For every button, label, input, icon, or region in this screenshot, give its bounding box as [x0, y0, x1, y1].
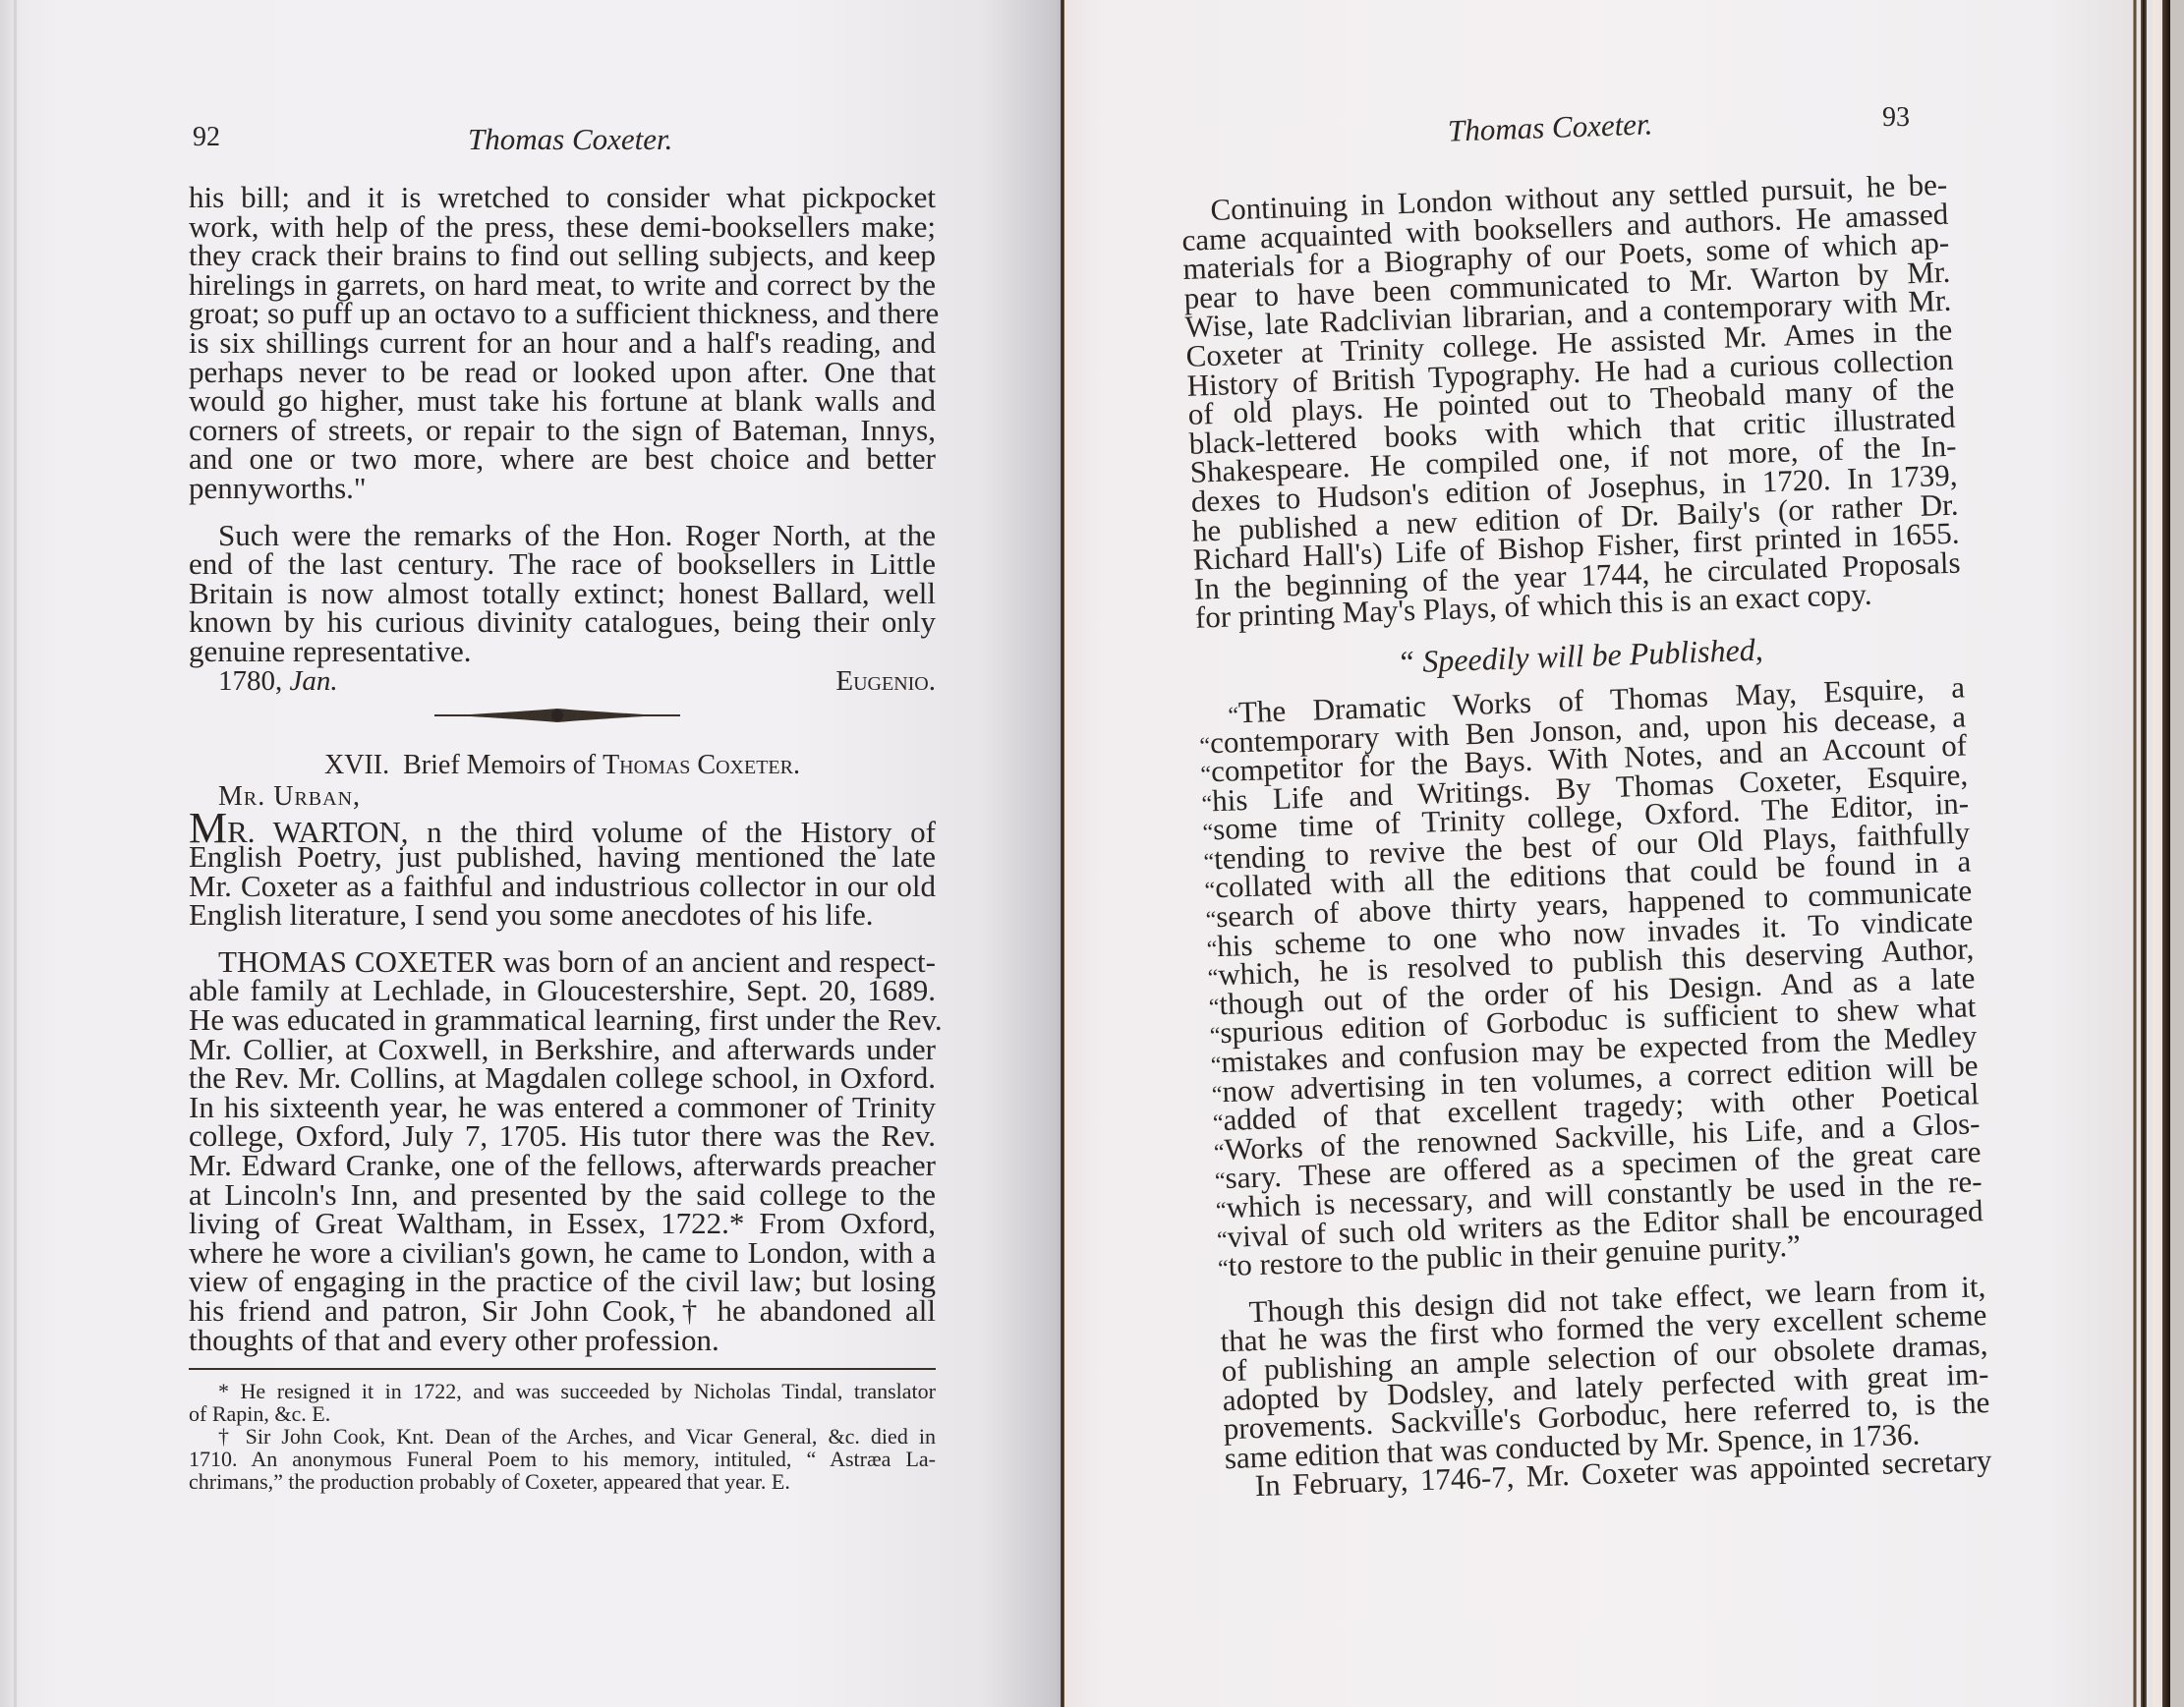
text-line: English literature, I send you some anec…: [189, 900, 936, 930]
text-line: his friend and patron, Sir John Cook,† h…: [189, 1296, 936, 1326]
page-number-right: 93: [1882, 102, 1910, 134]
footnote-line: of Rapin, &c. E.: [189, 1402, 936, 1425]
text-line: work, with help of the press, these demi…: [189, 212, 936, 242]
signature-date: 1780, Jan.: [189, 666, 338, 696]
text-line: thoughts of that and every other profess…: [189, 1326, 936, 1355]
text-line: In his sixteenth year, he was entered a …: [189, 1093, 936, 1122]
footnote-line: chrimans,” the production probably of Co…: [189, 1470, 936, 1493]
text-line: and one or two more, where are best choi…: [189, 444, 936, 474]
text-line: living of Great Waltham, in Essex, 1722.…: [189, 1209, 936, 1238]
running-title-left: Thomas Coxeter.: [468, 122, 672, 157]
page-edge: [2141, 0, 2147, 1707]
article-heading: XVII. Brief Memoirs of Thomas Coxeter.: [189, 735, 936, 780]
footnote-line: 1710. An anonymous Funeral Poem to his m…: [189, 1448, 936, 1470]
signature-name: Eugenio.: [835, 666, 936, 696]
page-edge: [2153, 0, 2159, 1707]
text-line: at Lincoln's Inn, and presented by the s…: [189, 1180, 936, 1210]
text-line: view of engaging in the practice of the …: [189, 1267, 936, 1296]
text-line: would go higher, must take his fortune a…: [189, 386, 936, 416]
running-title-right: Thomas Coxeter.: [1447, 106, 1653, 148]
text-line: the Rev. Mr. Collins, at Magdalen colleg…: [189, 1063, 936, 1093]
text-line: THOMAS COXETER was born of an ancient an…: [189, 947, 936, 977]
salutation: Mr. Urban,: [189, 780, 936, 814]
paragraph-continuation: his bill; and it is wretched to consider…: [189, 183, 936, 503]
text-line: hirelings in garrets, on hard meat, to w…: [189, 270, 936, 300]
right-page: Thomas Coxeter. 93 Continuing in London …: [1064, 0, 2184, 1707]
text-line: Mr. Coxeter as a faithful and industriou…: [189, 872, 936, 901]
text-line: Britain is now almost totally extinct; h…: [189, 579, 936, 608]
text-line: is six shillings current for an hour and…: [189, 328, 936, 358]
text-line: groat; so puff up an octavo to a suffici…: [189, 299, 936, 328]
paragraph-roger-north: Such were the remarks of the Hon. Roger …: [189, 521, 936, 666]
text-line: Such were the remarks of the Hon. Roger …: [189, 521, 936, 550]
letter-signature: 1780, Jan. Eugenio.: [189, 666, 936, 696]
page-edge: [2133, 0, 2137, 1707]
book-spread: 92 Thomas Coxeter. his bill; and it is w…: [0, 0, 2184, 1707]
text-line: his bill; and it is wretched to consider…: [189, 183, 936, 212]
paragraph-biography: THOMAS COXETER was born of an ancient an…: [189, 947, 936, 1354]
left-page: 92 Thomas Coxeter. his bill; and it is w…: [0, 0, 1063, 1707]
footnote-line: † Sir John Cook, Knt. Dean of the Arches…: [189, 1425, 936, 1448]
text-line: end of the last century. The race of boo…: [189, 549, 936, 579]
text-line-dropcap: MR. WARTON, n the third volume of the Hi…: [189, 814, 936, 843]
text-line: where he wore a civilian's gown, he came…: [189, 1238, 936, 1268]
paragraph-warton: MR. WARTON, n the third volume of the Hi…: [189, 814, 936, 930]
text-line: pennyworths.": [189, 474, 936, 503]
text-line: genuine representative.: [189, 637, 936, 666]
paragraph-design: Though this design did not take effect, …: [1219, 1272, 1991, 1473]
text-line: they crack their brains to find out sell…: [189, 241, 936, 270]
text-line: corners of streets, or repair to the sig…: [189, 416, 936, 445]
left-text-block: his bill; and it is wretched to consider…: [189, 183, 936, 1493]
paragraph-london: Continuing in London without any settled…: [1180, 170, 1962, 633]
text-line: Mr. Edward Cranke, one of the fellows, a…: [189, 1151, 936, 1180]
ornament-rule-icon: [434, 704, 680, 727]
background-edge: [2170, 0, 2184, 1707]
text-line: He was educated in grammatical learning,…: [189, 1005, 936, 1035]
book-cover-edge: [2162, 0, 2170, 1707]
section-divider-ornament: [189, 696, 936, 735]
footnote-line: * He resigned it in 1722, and was succee…: [189, 1380, 936, 1402]
footnotes: * He resigned it in 1722, and was succee…: [189, 1380, 936, 1493]
text-line: Mr. Collier, at Coxwell, in Berkshire, a…: [189, 1035, 936, 1064]
text-line: known by his curious divinity catalogues…: [189, 607, 936, 637]
page-number-left: 92: [193, 122, 220, 153]
text-line: English Poetry, just published, having m…: [189, 842, 936, 872]
proposal-quotation: The Dramatic Works of Thomas May, Esquir…: [1198, 672, 1984, 1280]
text-line: perhaps never to be read or looked upon …: [189, 358, 936, 387]
text-line: college, Oxford, July 7, 1705. His tutor…: [189, 1121, 936, 1151]
text-line: able family at Lechlade, in Gloucestersh…: [189, 976, 936, 1005]
footnote-rule: [189, 1368, 936, 1370]
right-text-block: Continuing in London without any settled…: [1180, 170, 1992, 1502]
